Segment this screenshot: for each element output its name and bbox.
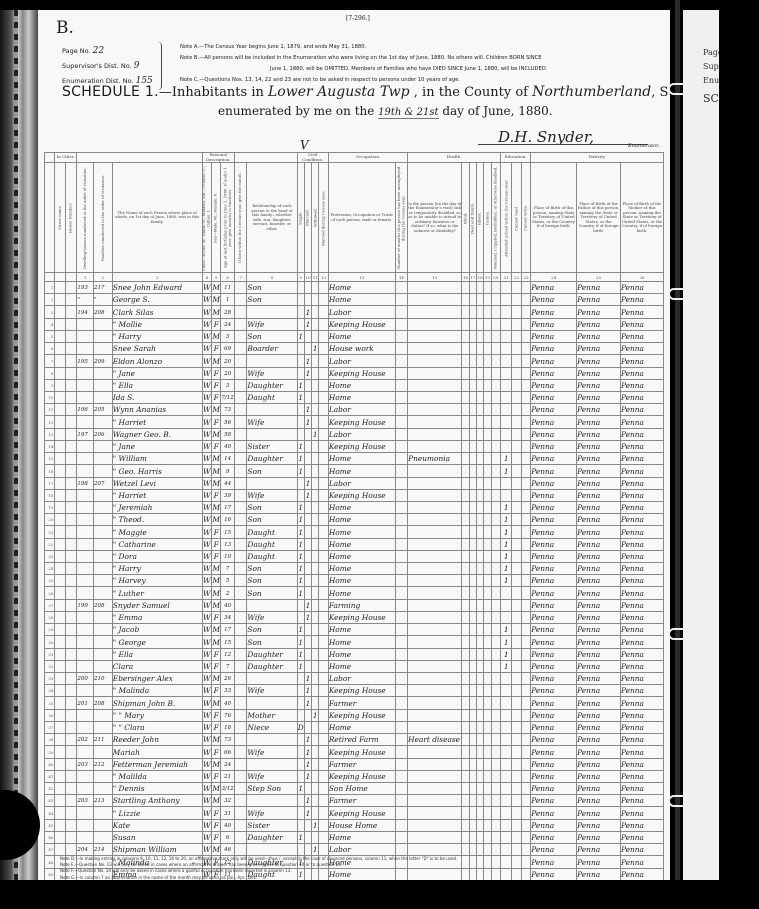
born-month-cell [234, 465, 247, 477]
person-name: " Dennis [112, 782, 202, 794]
widowed-cell [312, 526, 319, 538]
single-cell: 1 [297, 587, 304, 599]
cannot-read-cell [512, 844, 521, 856]
age-cell: 5 [221, 575, 235, 587]
relationship-cell: Sister [247, 819, 297, 831]
color-cell: W [202, 526, 211, 538]
deaf-cell [469, 294, 476, 306]
color-cell: W [202, 391, 211, 403]
person-name: " Geo. Harris [112, 465, 202, 477]
page-spine [675, 0, 680, 909]
dwelling-number [77, 501, 94, 513]
color-cell: W [202, 343, 211, 355]
age-cell: 12 [221, 648, 235, 660]
cannot-read-cell [512, 550, 521, 562]
mother-birthplace-cell: Penna [621, 819, 664, 831]
insane-cell [484, 575, 491, 587]
idiotic-cell [476, 538, 483, 550]
census-page: B. [7-296.] Page No. 22 Supervisor's Dis… [38, 10, 670, 880]
row-number: 45 [45, 819, 55, 831]
sex-cell: M [211, 587, 220, 599]
unemployed-cell [395, 318, 408, 330]
cannot-read-cell [512, 746, 521, 758]
sickness-cell [408, 538, 462, 550]
relationship-cell: Son [247, 575, 297, 587]
cannot-read-cell [512, 282, 521, 294]
dwelling-number [77, 330, 94, 342]
family-number [94, 550, 113, 562]
insane-cell [484, 807, 491, 819]
row-number: 9 [45, 379, 55, 391]
cannot-read-cell [512, 734, 521, 746]
birthplace-cell: Penna [531, 844, 577, 856]
occupation-cell: Farmer [328, 795, 395, 807]
single-cell [297, 282, 304, 294]
col-insane: Insane. [484, 163, 491, 273]
married-year-cell [319, 844, 328, 856]
single-cell [297, 758, 304, 770]
person-name: " Harry [112, 563, 202, 575]
street-cell [55, 636, 65, 648]
binder-ring [668, 83, 690, 95]
school-cell [501, 587, 512, 599]
person-name: Mariah [112, 746, 202, 758]
person-name: Clark Silas [112, 306, 202, 318]
school-cell [501, 391, 512, 403]
unemployed-cell [395, 330, 408, 342]
sickness-cell [408, 489, 462, 501]
school-cell [501, 734, 512, 746]
relationship-cell: Son [247, 282, 297, 294]
cannot-read-cell [512, 807, 521, 819]
mother-birthplace-cell: Penna [621, 599, 664, 611]
blind-cell [462, 697, 469, 709]
married-cell: 1 [304, 599, 311, 611]
person-name: " Jane [112, 440, 202, 452]
house-number-cell [65, 697, 76, 709]
sickness-cell [408, 660, 462, 672]
birthplace-cell: Penna [531, 685, 577, 697]
colnum: 21 [501, 273, 512, 282]
mother-birthplace-cell: Penna [621, 306, 664, 318]
idiotic-cell [476, 831, 483, 843]
color-cell: W [202, 819, 211, 831]
birthplace-cell: Penna [531, 538, 577, 550]
idiotic-cell [476, 795, 483, 807]
birthplace-cell: Penna [531, 599, 577, 611]
widowed-cell [312, 648, 319, 660]
mother-birthplace-cell: Penna [621, 685, 664, 697]
blind-cell [462, 489, 469, 501]
dwelling-number [77, 721, 94, 733]
sex-cell: M [211, 575, 220, 587]
school-cell [501, 770, 512, 782]
street-cell [55, 526, 65, 538]
cannot-read-cell [512, 514, 521, 526]
house-number-cell [65, 367, 76, 379]
married-year-cell [319, 318, 328, 330]
schedule-text: —Inhabitants in [159, 85, 264, 100]
sex-cell: M [211, 734, 220, 746]
sickness-cell: Pneumonia [408, 453, 462, 465]
street-cell [55, 795, 65, 807]
occupation-cell: Home [328, 563, 395, 575]
sickness-cell [408, 355, 462, 367]
row-number: 35 [45, 697, 55, 709]
relationship-cell [247, 306, 297, 318]
father-birthplace-cell: Penna [577, 489, 621, 501]
maimed-cell [491, 355, 500, 367]
insane-cell [484, 355, 491, 367]
married-cell: 1 [304, 746, 311, 758]
family-number [94, 440, 113, 452]
sex-cell: F [211, 746, 220, 758]
unemployed-cell [395, 648, 408, 660]
row-number: 47 [45, 844, 55, 856]
blind-cell [462, 636, 469, 648]
cannot-write-cell [521, 367, 530, 379]
row-number: 27 [45, 599, 55, 611]
mother-birthplace-cell: Penna [621, 782, 664, 794]
unemployed-cell [395, 477, 408, 489]
color-cell: W [202, 709, 211, 721]
unemployed-cell [395, 660, 408, 672]
dwelling-number [77, 367, 94, 379]
occupation-cell: Home [328, 721, 395, 733]
relationship-cell: Son [247, 636, 297, 648]
person-name: " Harriet [112, 489, 202, 501]
sickness-cell [408, 746, 462, 758]
unemployed-cell [395, 379, 408, 391]
relationship-cell [247, 697, 297, 709]
insane-cell [484, 306, 491, 318]
color-cell: W [202, 477, 211, 489]
person-name: " Emma [112, 611, 202, 623]
father-birthplace-cell: Penna [577, 563, 621, 575]
deaf-cell [469, 367, 476, 379]
table-row: 46SusanWF6Daughter1HomePennaPennaPenna [45, 831, 664, 843]
deaf-cell [469, 318, 476, 330]
age-cell: 11 [221, 282, 235, 294]
age-cell: 31 [221, 807, 235, 819]
person-name: Ida S. [112, 391, 202, 403]
married-year-cell [319, 721, 328, 733]
blind-cell [462, 514, 469, 526]
binder-ring [668, 795, 690, 807]
row-number: 17 [45, 477, 55, 489]
dwelling-number: 204 [77, 844, 94, 856]
age-cell: 17 [221, 624, 235, 636]
color-cell: W [202, 734, 211, 746]
row-num-spacer [45, 153, 55, 163]
birthplace-cell: Penna [531, 782, 577, 794]
widowed-cell [312, 770, 319, 782]
single-cell: 1 [297, 538, 304, 550]
cannot-read-cell [512, 611, 521, 623]
married-cell [304, 648, 311, 660]
sickness-cell [408, 416, 462, 428]
deaf-cell [469, 844, 476, 856]
insane-cell [484, 416, 491, 428]
born-month-cell [234, 404, 247, 416]
occupation-cell: Keeping House [328, 489, 395, 501]
row-number: 46 [45, 831, 55, 843]
house-number-cell [65, 330, 76, 342]
age-cell: 26 [221, 673, 235, 685]
table-row: 14" JaneWF40Sister1Keeping HousePennaPen… [45, 440, 664, 452]
school-cell [501, 831, 512, 843]
person-name: Wagner Geo. B. [112, 428, 202, 440]
color-cell: W [202, 367, 211, 379]
married-cell: 1 [304, 477, 311, 489]
colnum: 3 [112, 273, 202, 282]
mother-birthplace-cell: Penna [621, 611, 664, 623]
street-cell [55, 501, 65, 513]
father-birthplace-cell: Penna [577, 795, 621, 807]
age-cell: 69 [221, 343, 235, 355]
married-year-cell [319, 440, 328, 452]
family-number [94, 636, 113, 648]
mother-birthplace-cell: Penna [621, 282, 664, 294]
table-row: 13197206Wagner Geo. B.WM581LaborPennaPen… [45, 428, 664, 440]
age-cell: 40 [221, 697, 235, 709]
mother-birthplace-cell: Penna [621, 673, 664, 685]
married-year-cell [319, 489, 328, 501]
father-birthplace-cell: Penna [577, 343, 621, 355]
occupation-cell: Keeping House [328, 746, 395, 758]
father-birthplace-cell: Penna [577, 465, 621, 477]
cannot-write-cell [521, 807, 530, 819]
occupation-cell: Home [328, 282, 395, 294]
sickness-cell [408, 563, 462, 575]
widowed-cell [312, 318, 319, 330]
married-cell [304, 550, 311, 562]
father-birthplace-cell: Penna [577, 355, 621, 367]
idiotic-cell [476, 599, 483, 611]
age-cell: 40 [221, 440, 235, 452]
street-cell [55, 770, 65, 782]
color-cell: W [202, 538, 211, 550]
sex-cell: M [211, 330, 220, 342]
married-year-cell [319, 416, 328, 428]
blind-cell [462, 538, 469, 550]
enumerated-suffix: day of June, 1880. [442, 104, 552, 118]
house-number-cell [65, 428, 76, 440]
deaf-cell [469, 673, 476, 685]
cannot-read-cell [512, 477, 521, 489]
sickness-cell [408, 795, 462, 807]
father-birthplace-cell: Penna [577, 330, 621, 342]
colnum: 10 [304, 273, 311, 282]
married-year-cell [319, 501, 328, 513]
married-cell [304, 563, 311, 575]
table-row: 43203213Startling AnthonyWM321FarmerPenn… [45, 795, 664, 807]
house-number-cell [65, 721, 76, 733]
col-sex: Sex—Male, M.; Female, F. [211, 163, 220, 273]
married-cell [304, 379, 311, 391]
widowed-cell [312, 514, 319, 526]
deaf-cell [469, 648, 476, 660]
married-year-cell [319, 355, 328, 367]
unemployed-cell [395, 795, 408, 807]
school-cell [501, 294, 512, 306]
birthplace-cell: Penna [531, 795, 577, 807]
house-number-cell [65, 489, 76, 501]
idiotic-cell [476, 404, 483, 416]
idiotic-cell [476, 465, 483, 477]
cannot-write-cell [521, 538, 530, 550]
census-rows: 1193217Snee John EdwardWM11SonHomePennaP… [45, 282, 664, 881]
relationship-cell: Wife [247, 685, 297, 697]
mother-birthplace-cell: Penna [621, 831, 664, 843]
blind-cell [462, 330, 469, 342]
father-birthplace-cell: Penna [577, 819, 621, 831]
blind-cell [462, 355, 469, 367]
married-cell [304, 782, 311, 794]
married-year-cell [319, 807, 328, 819]
color-cell: W [202, 648, 211, 660]
cannot-read-cell [512, 526, 521, 538]
column-number-row: 1 2 3 4 5 6 7 8 9 10 11 12 13 14 15 16 1… [45, 273, 664, 282]
idiotic-cell [476, 550, 483, 562]
mother-birthplace-cell: Penna [621, 330, 664, 342]
mother-birthplace-cell: Penna [621, 587, 664, 599]
deaf-cell [469, 501, 476, 513]
insane-cell [484, 428, 491, 440]
relationship-cell: Daughter [247, 453, 297, 465]
color-cell: W [202, 282, 211, 294]
dwelling-number [77, 611, 94, 623]
school-cell [501, 685, 512, 697]
widowed-cell [312, 489, 319, 501]
cannot-write-cell [521, 587, 530, 599]
blind-cell [462, 343, 469, 355]
deaf-cell [469, 416, 476, 428]
married-year-cell [319, 550, 328, 562]
cannot-read-cell [512, 501, 521, 513]
relationship-cell [247, 404, 297, 416]
age-cell: 17 [221, 501, 235, 513]
deaf-cell [469, 795, 476, 807]
cannot-read-cell [512, 538, 521, 550]
widowed-cell [312, 367, 319, 379]
married-year-cell [319, 795, 328, 807]
dwelling-number [77, 660, 94, 672]
col-idiotic: Idiotic. [476, 163, 483, 273]
father-birthplace-cell: Penna [577, 611, 621, 623]
married-year-cell [319, 306, 328, 318]
married-cell [304, 831, 311, 843]
idiotic-cell [476, 611, 483, 623]
sickness-cell [408, 844, 462, 856]
father-birthplace-cell: Penna [577, 501, 621, 513]
enumerated-day: 19th & 21st [378, 107, 438, 119]
person-name: " Jacob [112, 624, 202, 636]
street-cell [55, 660, 65, 672]
school-cell [501, 795, 512, 807]
idiotic-cell [476, 282, 483, 294]
deaf-cell [469, 355, 476, 367]
street-cell [55, 453, 65, 465]
table-row: 25" HarveyWM5Son1Home1PennaPennaPenna [45, 575, 664, 587]
book-binding [0, 10, 38, 880]
blind-cell [462, 624, 469, 636]
birthplace-cell: Penna [531, 404, 577, 416]
blind-cell [462, 807, 469, 819]
table-row: 36" " MaryWF76Mother1Keeping HousePennaP… [45, 709, 664, 721]
person-name: Eldon Alonzo [112, 355, 202, 367]
unemployed-cell [395, 294, 408, 306]
widowed-cell [312, 782, 319, 794]
cannot-read-cell [512, 379, 521, 391]
next-page-fragment: Page [703, 48, 719, 57]
maimed-cell [491, 648, 500, 660]
sex-cell: M [211, 844, 220, 856]
color-cell: W [202, 770, 211, 782]
dwelling-number [77, 318, 94, 330]
married-year-cell [319, 611, 328, 623]
unemployed-cell [395, 440, 408, 452]
maimed-cell [491, 440, 500, 452]
cannot-read-cell [512, 563, 521, 575]
married-cell: 1 [304, 734, 311, 746]
row-number: 13 [45, 428, 55, 440]
col-sickness: Is the person [on the day of the Enumera… [408, 163, 462, 273]
married-year-cell [319, 673, 328, 685]
row-number: 22 [45, 538, 55, 550]
relationship-cell: Wife [247, 746, 297, 758]
married-year-cell [319, 367, 328, 379]
mother-birthplace-cell: Penna [621, 648, 664, 660]
mother-birthplace-cell: Penna [621, 379, 664, 391]
born-month-cell [234, 538, 247, 550]
insane-cell [484, 831, 491, 843]
birthplace-cell: Penna [531, 550, 577, 562]
house-number-cell [65, 709, 76, 721]
maimed-cell [491, 697, 500, 709]
birthplace-cell: Penna [531, 746, 577, 758]
colnum: 7 [234, 273, 247, 282]
single-cell: 1 [297, 514, 304, 526]
unemployed-cell [395, 501, 408, 513]
person-name: " Malinda [112, 685, 202, 697]
column-header-row: Street name. House Number. Dwelling-hous… [45, 163, 664, 273]
street-cell [55, 367, 65, 379]
relationship-cell [247, 844, 297, 856]
idiotic-cell [476, 318, 483, 330]
cannot-read-cell [512, 819, 521, 831]
born-month-cell [234, 721, 247, 733]
person-name: " Jeremiah [112, 501, 202, 513]
colnum: 8 [247, 273, 297, 282]
married-year-cell [319, 709, 328, 721]
married-cell [304, 282, 311, 294]
deaf-cell [469, 563, 476, 575]
married-year-cell [319, 465, 328, 477]
row-number: 5 [45, 330, 55, 342]
mother-birthplace-cell: Penna [621, 465, 664, 477]
sickness-cell [408, 831, 462, 843]
widowed-cell [312, 587, 319, 599]
idiotic-cell [476, 844, 483, 856]
person-name: Wynn Ananias [112, 404, 202, 416]
insane-cell [484, 282, 491, 294]
blind-cell [462, 294, 469, 306]
single-cell [297, 599, 304, 611]
unemployed-cell [395, 391, 408, 403]
person-name: " Mollie [112, 318, 202, 330]
married-year-cell [319, 282, 328, 294]
